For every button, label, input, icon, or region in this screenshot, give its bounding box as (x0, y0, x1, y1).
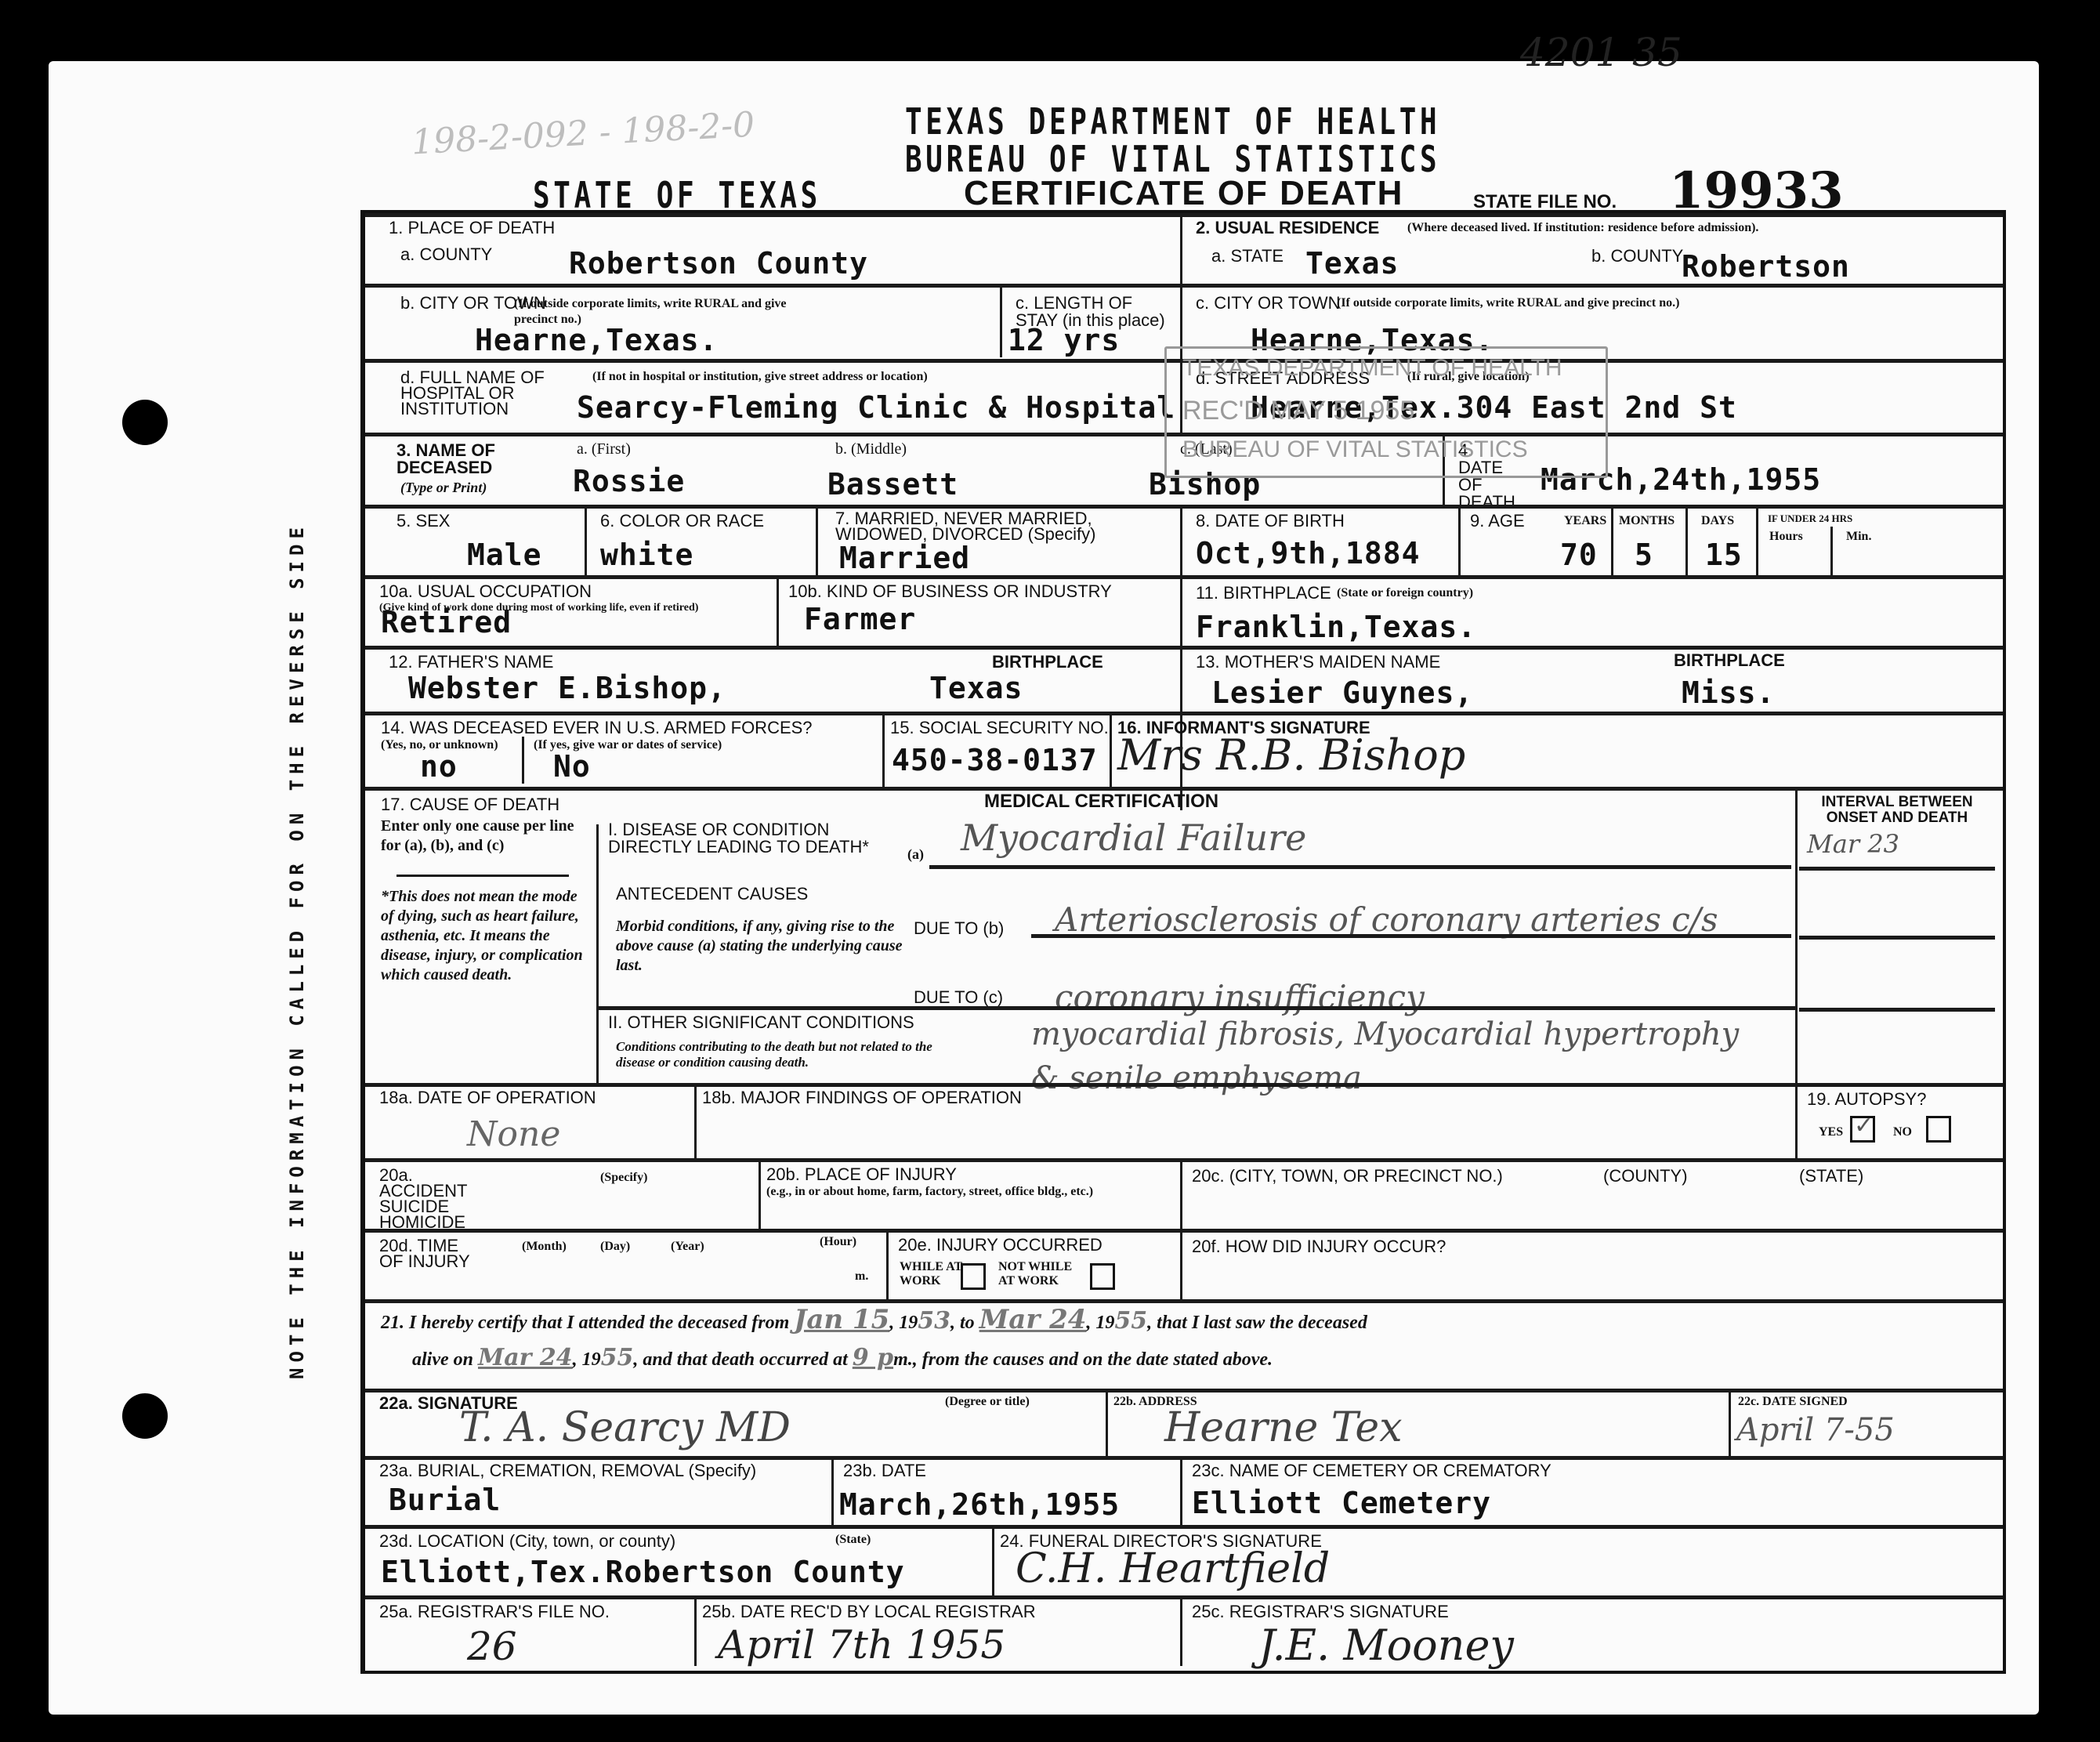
deceased-name-label: 3. NAME OF DECEASED (396, 442, 545, 476)
part2-note: Conditions contributing to the death but… (616, 1039, 945, 1070)
burial-location-value[interactable]: Elliott,Tex.Robertson County (381, 1555, 905, 1589)
age-days-label: DAYS (1701, 514, 1734, 528)
cert-yr1: , 19 (889, 1313, 918, 1333)
death-city-value[interactable]: Hearne,Texas. (475, 323, 718, 357)
cert-text-5: m., from the causes and on the date stat… (893, 1349, 1273, 1370)
date-signed-label: 22c. DATE SIGNED (1738, 1395, 1848, 1409)
operation-date-value[interactable]: None (467, 1114, 560, 1154)
cert-text-4: , and that death occurred at (633, 1349, 847, 1370)
res-county-value[interactable]: Robertson (1682, 249, 1850, 284)
burial-method-label: 23a. BURIAL, CREMATION, REMOVAL (Specify… (379, 1462, 756, 1479)
occupation-value[interactable]: Retired (381, 605, 512, 639)
other-conditions-value[interactable]: myocardial fibrosis, Myocardial hypertro… (1031, 1012, 1752, 1100)
cert-yr2: , 19 (1086, 1313, 1114, 1333)
punch-hole-bottom (122, 1393, 168, 1439)
autopsy-no-checkbox[interactable] (1926, 1116, 1951, 1143)
usual-residence-note: (Where deceased lived. If institution: r… (1407, 221, 1956, 235)
cert-to: , to (950, 1313, 975, 1333)
father-birthplace-value[interactable]: Texas (929, 671, 1023, 705)
day-label: (Day) (600, 1240, 630, 1254)
injury-specify-note: (Specify) (600, 1171, 647, 1185)
age-label: 9. AGE (1470, 512, 1525, 530)
burial-state-label: (State) (835, 1533, 871, 1547)
registrar-signature[interactable]: J.E. Mooney (1258, 1621, 1514, 1670)
mother-birthplace-value[interactable]: Miss. (1682, 675, 1775, 710)
birthplace-label: 11. BIRTHPLACE (1196, 585, 1331, 602)
burial-date-label: 23b. DATE (843, 1462, 926, 1479)
injury-time-label: 20d. TIME OF INJURY (379, 1238, 473, 1269)
armed-forces-value[interactable]: no (420, 749, 458, 784)
cert-text-3: alive on (412, 1349, 473, 1370)
how-injury-label: 20f. HOW DID INJURY OCCUR? (1192, 1238, 1446, 1255)
stay-value[interactable]: 12 yrs (1008, 323, 1120, 357)
county-label: a. COUNTY (400, 246, 492, 263)
part1-label: I. DISEASE OR CONDITION DIRECTLY LEADING… (608, 821, 906, 856)
burial-location-label: 23d. LOCATION (City, town, or county) (379, 1533, 675, 1550)
death-county-value[interactable]: Robertson County (569, 246, 868, 281)
death-time[interactable]: 9 p (853, 1344, 893, 1371)
physician-address[interactable]: Hearne Tex (1164, 1404, 1403, 1451)
while-at-work-checkbox[interactable] (961, 1263, 986, 1290)
armed-service-value[interactable]: No (553, 749, 591, 784)
cause-instructions: Enter only one cause per line for (a), (… (381, 817, 592, 856)
operation-date-label: 18a. DATE OF OPERATION (379, 1089, 596, 1106)
autopsy-label: 19. AUTOPSY? (1807, 1091, 1926, 1108)
burial-date-value[interactable]: March,26th,1955 (839, 1487, 1120, 1522)
under-24-label: IF UNDER 24 HRS (1768, 512, 1852, 525)
industry-value[interactable]: Farmer (804, 602, 916, 636)
antecedent-label: ANTECEDENT CAUSES (616, 885, 808, 903)
mother-value[interactable]: Lesier Guynes, (1211, 675, 1473, 710)
age-months-label: MONTHS (1619, 514, 1675, 528)
cause-a-value[interactable]: Myocardial Failure (961, 817, 1306, 859)
cause-footnote: *This does not mean the mode of dying, s… (381, 887, 592, 985)
autopsy-yes-checkbox[interactable]: ✓ (1850, 1116, 1875, 1143)
res-county-label: b. COUNTY (1591, 248, 1683, 265)
hours-label: Hours (1769, 530, 1803, 544)
last-seen-alive-year[interactable]: 55 (601, 1344, 634, 1371)
a-marker: (a) (907, 846, 924, 863)
registrar-signature-label: 25c. REGISTRAR'S SIGNATURE (1192, 1603, 1449, 1621)
due-to-b-label: DUE TO (b) (914, 920, 1004, 937)
hospital-note: (If not in hospital or institution, give… (592, 370, 928, 384)
marital-value[interactable]: Married (839, 541, 970, 575)
hour-label: (Hour) (820, 1235, 856, 1249)
local-registrar-date-label: 25b. DATE REC'D BY LOCAL REGISTRAR (702, 1603, 1036, 1621)
age-years-value[interactable]: 70 (1560, 538, 1598, 572)
mother-label: 13. MOTHER'S MAIDEN NAME (1196, 654, 1440, 671)
res-state-label: a. STATE (1211, 248, 1284, 265)
usual-residence-label: 2. USUAL RESIDENCE (1196, 219, 1379, 237)
stamp-line-1: TEXAS DEPARTMENT OF HEALTH (1182, 355, 1562, 382)
burial-method-value[interactable]: Burial (389, 1483, 501, 1517)
cemetery-label: 23c. NAME OF CEMETERY OR CREMATORY (1192, 1462, 1551, 1479)
first-name-value[interactable]: Rossie (573, 464, 685, 498)
hospital-value[interactable]: Searcy-Fleming Clinic & Hospital (577, 390, 1175, 425)
birthplace-value[interactable]: Franklin,Texas. (1196, 610, 1476, 644)
stamp-line-3: BUREAU OF VITAL STATISTICS (1182, 436, 1528, 463)
autopsy-no-label: NO (1893, 1125, 1912, 1139)
interval-a-value[interactable]: Mar 23 (1807, 829, 1899, 859)
type-or-print-note: (Type or Print) (400, 478, 487, 498)
cause-c-value[interactable]: coronary insufficiency (1055, 978, 1425, 1016)
antecedent-note: Morbid conditions, if any, giving rise t… (616, 917, 914, 976)
received-stamp: TEXAS DEPARTMENT OF HEALTH REC'D MAY 5 1… (1164, 346, 1608, 478)
min-label: Min. (1846, 530, 1871, 544)
informant-signature[interactable]: Mrs R.B. Bishop (1117, 730, 1465, 780)
cause-label: 17. CAUSE OF DEATH (381, 796, 559, 813)
injury-type-label: 20a. ACCIDENT SUICIDE HOMICIDE (379, 1168, 481, 1230)
father-label: 12. FATHER'S NAME (389, 654, 553, 671)
punch-hole-top (122, 400, 168, 445)
res-city-note: (If outside corporate limits, write RURA… (1337, 296, 1679, 310)
registrar-file-value[interactable]: 26 (467, 1624, 517, 1669)
certification-statement-2: alive on Mar 24, 1955, and that death oc… (412, 1348, 1273, 1370)
physician-signature[interactable]: T. A. Searcy MD (459, 1404, 791, 1451)
m-label: m. (855, 1269, 868, 1284)
part2-label: II. OTHER SIGNIFICANT CONDITIONS (608, 1014, 914, 1031)
injury-city-label: 20c. (CITY, TOWN, OR PRECINCT NO.) (1192, 1168, 1503, 1185)
funeral-director-signature[interactable]: C.H. Heartfield (1016, 1545, 1330, 1592)
not-while-at-work-label: NOT WHILE AT WORK (998, 1260, 1084, 1288)
cemetery-value[interactable]: Elliott Cemetery (1192, 1486, 1491, 1520)
marital-label: 7. MARRIED, NEVER MARRIED, WIDOWED, DIVO… (835, 511, 1164, 542)
middle-name-value[interactable]: Bassett (827, 467, 958, 502)
check-mark-icon: ✓ (1854, 1112, 1874, 1139)
certification-statement: 21. I hereby certify that I attended the… (381, 1310, 1367, 1333)
death-certificate-form: 1. PLACE OF DEATH a. COUNTY Robertson Co… (360, 210, 2006, 1674)
injury-state-label: (STATE) (1799, 1168, 1863, 1185)
race-value[interactable]: white (600, 538, 693, 572)
attended-from-year[interactable]: 53 (918, 1307, 950, 1335)
age-years-label: YEARS (1564, 514, 1606, 528)
middle-name-label: b. (Middle) (835, 440, 907, 458)
place-of-death-label: 1. PLACE OF DEATH (389, 219, 555, 237)
attended-to-date[interactable]: Mar 24 (979, 1304, 1087, 1335)
hospital-label: d. FULL NAME OF HOSPITAL OR INSTITUTION (400, 370, 565, 417)
mother-birthplace-label: BIRTHPLACE (1674, 652, 1785, 669)
age-months-value[interactable]: 5 (1635, 538, 1653, 572)
sex-value[interactable]: Male (467, 538, 542, 572)
industry-label: 10b. KIND OF BUSINESS OR INDUSTRY (788, 583, 1112, 600)
stamp-line-2: REC'D MAY 5 1955 (1182, 396, 1414, 426)
cert-text-1: 21. I hereby certify that I attended the… (381, 1313, 789, 1333)
birthplace-note: (State or foreign country) (1337, 586, 1473, 600)
cert-yr3: , 19 (573, 1349, 601, 1370)
injury-place-note: (e.g., in or about home, farm, factory, … (766, 1185, 1095, 1199)
armed-forces-label: 14. WAS DECEASED EVER IN U.S. ARMED FORC… (381, 719, 813, 737)
age-days-value[interactable]: 15 (1705, 538, 1743, 572)
reverse-side-note: NOTE THE INFORMATION CALLED FOR ON THE R… (286, 522, 308, 1379)
local-registrar-date-value[interactable]: April 7th 1955 (718, 1622, 1005, 1668)
year-label: (Year) (671, 1240, 704, 1254)
handwritten-file-stamp: 4201 35 (1520, 30, 1682, 75)
dob-label: 8. DATE OF BIRTH (1196, 512, 1345, 530)
interval-label: INTERVAL BETWEEN ONSET AND DEATH (1803, 795, 1991, 826)
occupation-label: 10a. USUAL OCCUPATION (379, 583, 592, 600)
due-to-c-label: DUE TO (c) (914, 989, 1003, 1006)
father-value[interactable]: Webster E.Bishop, (408, 671, 726, 705)
ssn-value[interactable]: 450-38-0137 (892, 743, 1098, 777)
first-name-label: a. (First) (577, 440, 631, 458)
autopsy-yes-label: YES (1819, 1125, 1843, 1139)
degree-label: (Degree or title) (945, 1395, 1030, 1409)
not-while-at-work-checkbox[interactable] (1090, 1263, 1115, 1290)
sex-label: 5. SEX (396, 512, 450, 530)
document-title: CERTIFICATE OF DEATH (964, 174, 1403, 213)
medical-cert-title: MEDICAL CERTIFICATION (984, 793, 1218, 810)
injury-occurred-label: 20e. INJURY OCCURRED (898, 1237, 1102, 1254)
attended-from-date[interactable]: Jan 15 (794, 1304, 889, 1335)
agency-line-1: TEXAS DEPARTMENT OF HEALTH (905, 100, 1440, 143)
date-signed-value[interactable]: April 7-55 (1736, 1412, 1895, 1448)
res-state-value[interactable]: Texas (1305, 246, 1399, 281)
registrar-file-label: 25a. REGISTRAR'S FILE NO. (379, 1603, 610, 1621)
attended-to-year[interactable]: 55 (1114, 1307, 1147, 1335)
last-seen-alive-date[interactable]: Mar 24 (478, 1344, 573, 1371)
dob-value[interactable]: Oct,9th,1884 (1196, 536, 1421, 570)
while-at-work-label: WHILE AT WORK (900, 1260, 962, 1288)
ssn-label: 15. SOCIAL SECURITY NO. (890, 719, 1109, 737)
operation-findings-label: 18b. MAJOR FINDINGS OF OPERATION (702, 1089, 1022, 1106)
month-label: (Month) (522, 1240, 567, 1254)
race-label: 6. COLOR OR RACE (600, 512, 764, 530)
injury-place-label: 20b. PLACE OF INJURY (766, 1166, 957, 1183)
injury-county-label: (COUNTY) (1603, 1168, 1688, 1185)
res-city-label: c. CITY OR TOWN (1196, 295, 1341, 312)
cert-text-2: , that I last saw the deceased (1147, 1313, 1367, 1333)
father-birthplace-label: BIRTHPLACE (992, 654, 1103, 671)
